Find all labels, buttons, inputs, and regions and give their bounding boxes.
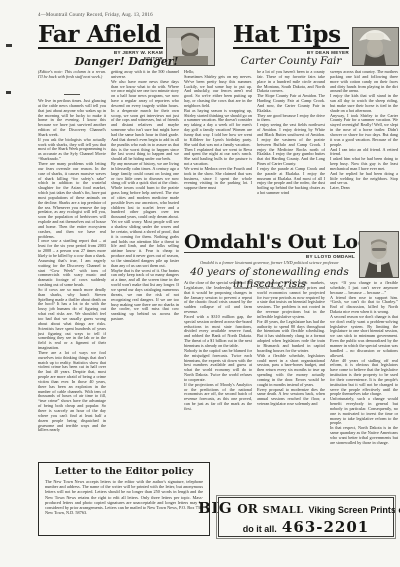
- omdahl-column-1: At the close of the special session of t…: [184, 281, 252, 490]
- ad-word-or: OR: [237, 502, 257, 516]
- lloyd-omdahl-portrait-image: [360, 232, 398, 277]
- hat-tips-headline: Hat Tips: [233, 24, 341, 46]
- hat-tips-column-1: Hello, Sometimes Shirley gets on my nerv…: [184, 70, 252, 226]
- scan-binding-mark: [6, 91, 11, 94]
- far-afield-column-1: We live in perilous times. Just glancing…: [38, 99, 106, 458]
- ad-business-text: Viking Screen Prints can: [308, 505, 400, 515]
- far-afield-column-2: getting away with it in the 500 channel …: [111, 70, 179, 458]
- omdahl-rule: [184, 252, 355, 253]
- ad-line-1: BIG OR SMALL Viking Screen Prints can: [198, 498, 400, 517]
- hat-tips-subhead: Carter County Fair: [184, 55, 398, 67]
- masthead-folio-line: 4—Mountrail County Record, Friday, Aug. …: [38, 13, 153, 18]
- section-divider: [64, 94, 80, 95]
- far-afield-headline: Far Afield: [38, 24, 161, 46]
- ad-tagline: do it all.: [243, 524, 277, 534]
- far-afield-editors-note: (Editor's note: This column is a rerun. …: [38, 70, 106, 90]
- ad-phone-number: 463-2201: [282, 518, 369, 536]
- letter-policy-box: Letter to the Editor policy The New Town…: [38, 462, 210, 536]
- hat-tips-column-2: be a lot of you haven't been to a county…: [257, 70, 325, 226]
- lloyd-omdahl-photo: [359, 231, 399, 278]
- letter-policy-body: The New Town News accepts letters to the…: [45, 479, 203, 515]
- hat-tips-rule: [233, 47, 349, 49]
- scan-binding-mark: [6, 44, 12, 47]
- omdahl-credit-line: Omdahl is a former lieutenant governor, …: [184, 260, 355, 265]
- omdahl-column-2: The vagaries of the stock markets, feder…: [257, 281, 325, 490]
- letter-policy-title: Letter to the Editor policy: [45, 466, 203, 477]
- viking-screen-prints-ad: BIG OR SMALL Viking Screen Prints can do…: [218, 497, 394, 537]
- ad-line-2: do it all. 463-2201: [243, 517, 369, 536]
- ad-word-big: BIG: [198, 499, 232, 517]
- omdahl-headline: Omdahl's Out Look: [184, 233, 383, 252]
- far-afield-rule: [38, 47, 163, 49]
- newspaper-page: 4—Mountrail County Record, Friday, Aug. …: [0, 0, 400, 567]
- omdahl-column-3: says: “If you change to a flexible sched…: [330, 281, 398, 490]
- hat-tips-column-3: sweeps across that country. The mothers …: [330, 70, 398, 226]
- omdahl-byline: BY LLOYD OMDAHL: [272, 254, 355, 260]
- ad-word-small: SMALL: [263, 505, 304, 516]
